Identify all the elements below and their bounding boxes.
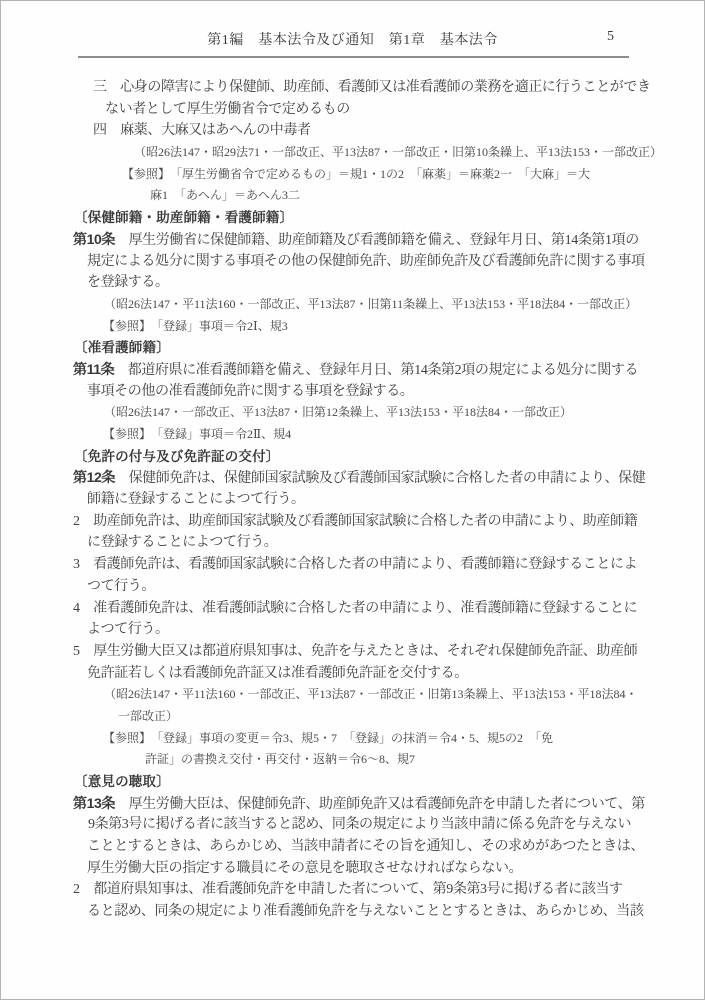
text-line-note: （昭26法147・平11法160・一部改正、平13法87・一部改正・旧第13条繰… [1, 684, 705, 706]
text-line-note: 【参照】 「厚生労働省令で定めるもの」＝規1・1の2 「麻薬」＝麻薬2一 「大麻… [1, 164, 705, 186]
text-line-body: 事項その他の准看護師免許に関する事項を登録する。 [1, 381, 705, 403]
article-number: 第12条 [73, 469, 115, 485]
text-line-body: つて行う。 [1, 576, 705, 598]
text-line-heading: 〔保健師籍・助産師籍・看護師籍〕 [1, 207, 705, 229]
text-line-note: （昭26法147・一部改正、平13法87・旧第12条繰上、平13法153・平18… [1, 402, 705, 424]
document-lines: 三 心身の障害により保健師、助産師、看護師又は准看護師の業務を適正に行うことがで… [1, 77, 705, 923]
text-line-article: 第12条 保健師免許は、保健師国家試験及び看護師国家試験に合格した者の申請により… [1, 467, 705, 489]
document-page: 第1編 基本法令及び通知 第1章 基本法令 5 三 心身の障害により保健師、助産… [0, 0, 705, 1000]
text-line-body: 規定による処分に関する事項その他の保健師免許、助産師免許及び看護師免許に関する事… [1, 251, 705, 273]
text-line-note: 【参照】 「登録」事項＝令2Ⅰ、規3 [1, 316, 705, 338]
text-line-list: 四 麻薬、大麻又はあへんの中毒者 [1, 120, 705, 142]
article-number: 第11条 [73, 361, 114, 377]
article-number: 第10条 [73, 231, 115, 247]
text-line-article: 第10条 厚生労働省に保健師籍、助産師籍及び看護師籍を備え、登録年月日、第14条… [1, 229, 705, 251]
text-line-body: こととするときは、あらかじめ、当該申請者にその旨を通知し、その求めがあつたときは… [1, 836, 705, 858]
text-line-note: 一部改正） [1, 706, 705, 728]
text-line-note: 【参照】 「登録」事項の変更＝令3、規5・7 「登録」の抹消＝令4・5、規5の2… [1, 728, 705, 750]
text-line-body: 厚生労働大臣の指定する職員にその意見を聴取させなければならない。 [1, 858, 705, 880]
running-head-title: 第1編 基本法令及び通知 第1章 基本法令 [1, 29, 704, 49]
text-line-article: 第11条 都道府県に准看護師籍を備え、登録年月日、第14条第2項の規定による処分… [1, 359, 705, 381]
text-line-para: 2 助産師免許は、助産師国家試験及び看護師国家試験に合格した者の申請により、助産… [1, 511, 705, 533]
text-line-para: 5 厚生労働大臣又は都道府県知事は、免許を与えたときは、それぞれ保健師免許証、助… [1, 641, 705, 663]
article-text: 保健師免許は、保健師国家試験及び看護師国家試験に合格した者の申請により、保健 [115, 471, 645, 486]
text-line-body: よつて行う。 [1, 619, 705, 641]
text-line-body: ない者として厚生労働省令で定めるもの [1, 99, 705, 121]
text-line-para: 2 都道府県知事は、准看護師免許を申請した者について、第9条第3号に掲げる者に該… [1, 879, 705, 901]
text-line-heading: 〔准看護師籍〕 [1, 337, 705, 359]
text-line-body: 師籍に登録することによつて行う。 [1, 489, 705, 511]
text-line-body: 9条第3号に掲げる者に該当すると認め、同条の規定により当該申請に係る免許を与えな… [1, 814, 705, 836]
text-line-heading: 〔意見の聴取〕 [1, 771, 705, 793]
text-line-list: 三 心身の障害により保健師、助産師、看護師又は准看護師の業務を適正に行うことがで… [1, 77, 705, 99]
text-line-heading: 〔免許の付与及び免許証の交付〕 [1, 446, 705, 468]
text-line-article: 第13条 厚生労働大臣は、保健師免許、助産師免許又は看護師免許を申請した者につい… [1, 793, 705, 815]
article-text: 都道府県に准看護師籍を備え、登録年月日、第14条第2項の規定による処分に関する [114, 363, 638, 378]
text-line-note: （昭26法147・昭29法71・一部改正、平13法87・一部改正・旧第10条繰上… [1, 142, 705, 164]
article-text: 厚生労働省に保健師籍、助産師籍及び看護師籍を備え、登録年月日、第14条第1項の [115, 233, 639, 248]
text-line-body: ると認め、同条の規定により准看護師免許を与えないこととするときは、あらかじめ、当… [1, 901, 705, 923]
text-line-body: を登録する。 [1, 272, 705, 294]
page-number: 5 [607, 29, 614, 45]
text-line-para: 4 准看護師免許は、准看護師試験に合格した者の申請により、准看護師籍に登録するこ… [1, 598, 705, 620]
text-line-body: に登録することによつて行う。 [1, 532, 705, 554]
text-line-note: （昭26法147・平11法160・一部改正、平13法87・旧第11条繰上、平13… [1, 294, 705, 316]
article-number: 第13条 [73, 795, 115, 811]
article-text: 厚生労働大臣は、保健師免許、助産師免許又は看護師免許を申請した者について、第 [115, 797, 645, 812]
header-rule [78, 56, 629, 58]
text-line-note: 【参照】 「登録」事項＝令2Ⅱ、規4 [1, 424, 705, 446]
text-line-para: 3 看護師免許は、看護師国家試験に合格した者の申請により、看護師籍に登録すること… [1, 554, 705, 576]
text-line-body: 免許証若しくは看護師免許証又は准看護師免許証を交付する。 [1, 663, 705, 685]
text-line-note: 麻1 「あへん」＝あへん3二 [1, 185, 705, 207]
text-line-note: 許証」の書換え交付・再交付・返納＝令6～8、規7 [1, 749, 705, 771]
